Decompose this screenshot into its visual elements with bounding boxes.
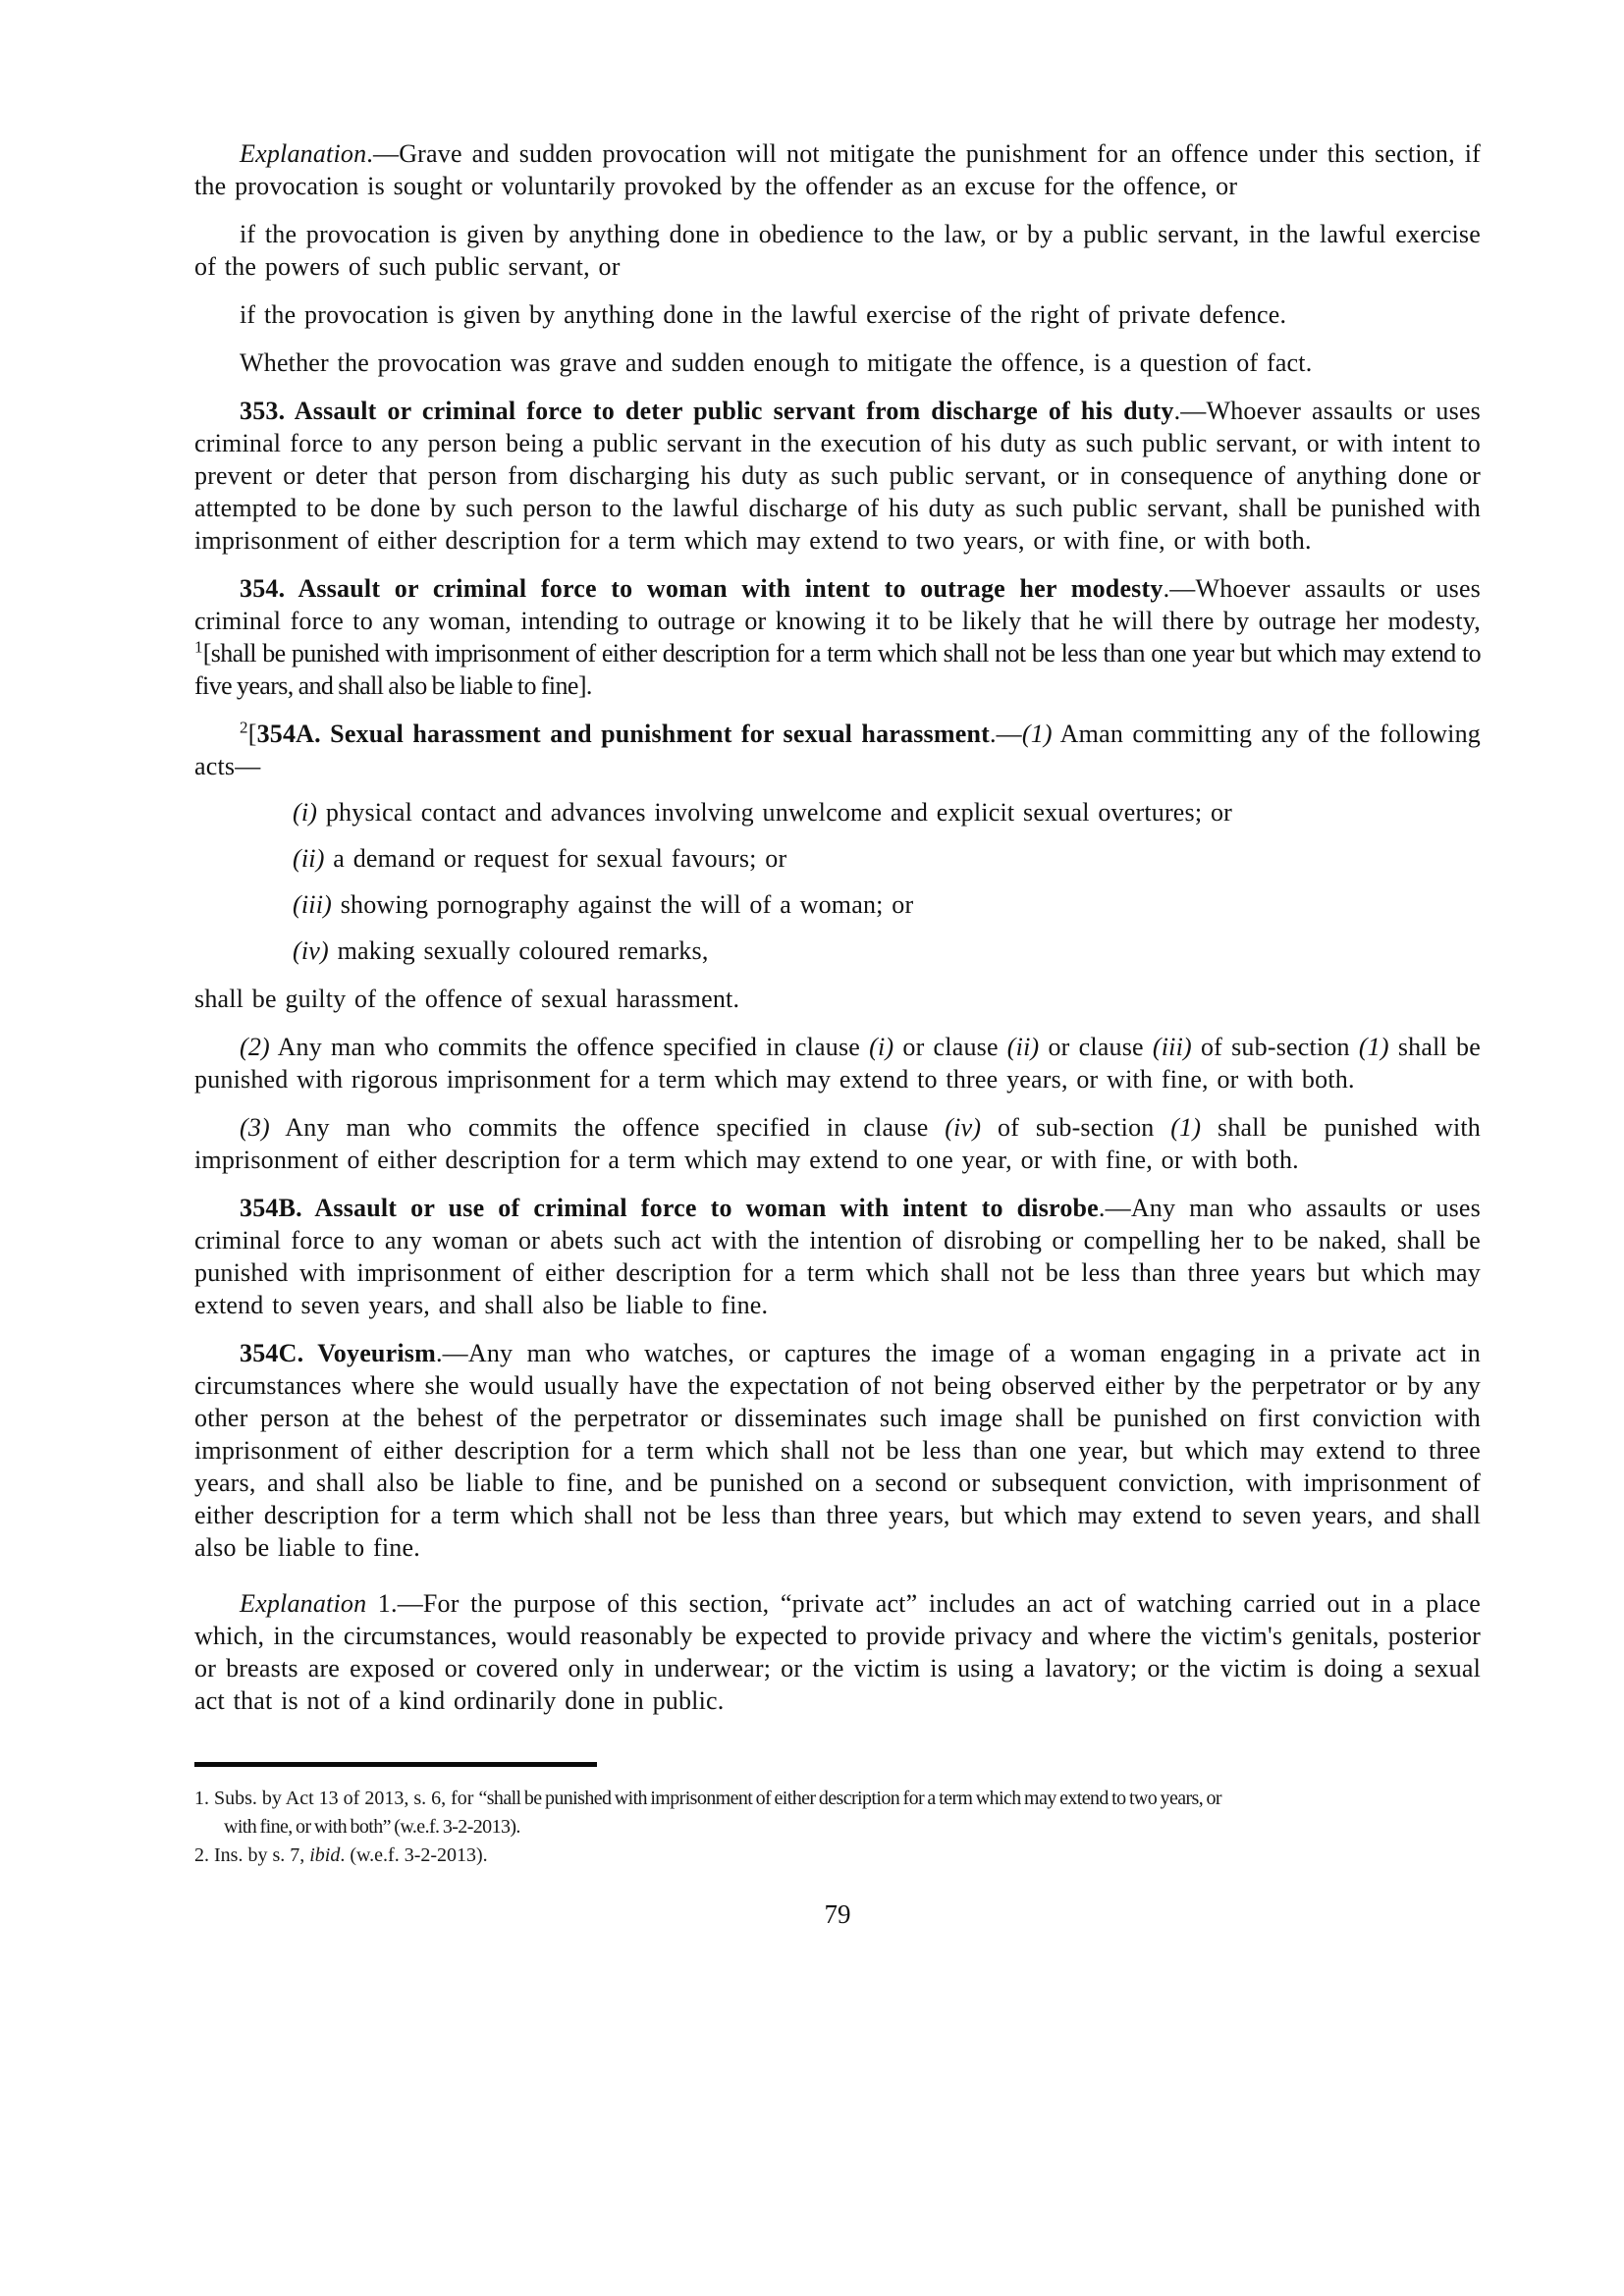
paragraph: 354B. Assault or use of criminal force t… <box>194 1192 1481 1321</box>
clause-item: (iv) making sexually coloured remarks, <box>293 934 1481 967</box>
text-run: if the provocation is given by anything … <box>194 220 1481 281</box>
text-run: 2. Ins. by s. 7, <box>194 1844 309 1866</box>
text-run: with fine, or with both” (w.e.f. 3-2-201… <box>224 1816 520 1838</box>
text-run: 354. Assault or criminal force to woman … <box>240 574 1164 603</box>
text-run: . (w.e.f. 3-2-2013). <box>340 1844 487 1866</box>
text-run: of sub-section <box>981 1113 1170 1142</box>
text-run: (i) <box>869 1033 893 1061</box>
text-run: (iii) <box>293 890 332 919</box>
text-run: physical contact and advances involving … <box>317 798 1232 827</box>
text-run: 1. Subs. by Act 13 of 2013, s. 6, for <box>194 1788 478 1809</box>
paragraph: Explanation.—Grave and sudden provocatio… <box>194 137 1481 202</box>
text-run: 354B. Assault or use of criminal force t… <box>240 1194 1099 1222</box>
footnotes: 1. Subs. by Act 13 of 2013, s. 6, for “s… <box>194 1785 1481 1870</box>
clause-item: (i) physical contact and advances involv… <box>293 796 1481 828</box>
footnote-line: with fine, or with both” (w.e.f. 3-2-201… <box>224 1813 1481 1842</box>
paragraph: Explanation 1.—For the purpose of this s… <box>194 1587 1481 1717</box>
text-run: showing pornography against the will of … <box>332 890 913 919</box>
text-run: Any man who commits the offence specifie… <box>270 1033 869 1061</box>
footnote-reference: 2 <box>240 718 248 736</box>
text-run: or clause <box>893 1033 1007 1061</box>
text-run: (2) <box>240 1033 270 1061</box>
clause-item: (iii) showing pornography against the wi… <box>293 888 1481 921</box>
paragraph: if the provocation is given by anything … <box>194 218 1481 283</box>
text-run: (1) <box>1022 720 1053 748</box>
footnote-reference: 1 <box>194 637 203 656</box>
text-run: or clause <box>1039 1033 1153 1061</box>
paragraph: if the provocation is given by anything … <box>194 298 1481 331</box>
text-run: Explanation <box>240 1589 366 1618</box>
text-run: Explanation <box>240 139 366 168</box>
text-run: Any man who commits the offence specifie… <box>270 1113 945 1142</box>
text-run: (3) <box>240 1113 270 1142</box>
text-run: (iv) <box>945 1113 981 1142</box>
text-run: (iii) <box>1153 1033 1192 1061</box>
text-run: [ <box>248 720 257 748</box>
text-run: making sexually coloured remarks, <box>329 936 709 965</box>
text-run: 354C. Voyeurism <box>240 1339 436 1367</box>
text-run: of sub-section <box>1192 1033 1359 1061</box>
text-run: (1) <box>1359 1033 1389 1061</box>
paragraph: shall be guilty of the offence of sexual… <box>194 983 1481 1015</box>
paragraph: Whether the provocation was grave and su… <box>194 347 1481 379</box>
text-run: a demand or request for sexual favours; … <box>325 844 787 873</box>
paragraph: 2[354A. Sexual harassment and punishment… <box>194 718 1481 782</box>
text-run: 1.—For the purpose of this section, “pri… <box>194 1589 1481 1715</box>
text-run: [shall be punished with imprisonment of … <box>194 639 1481 700</box>
text-run: (ii) <box>293 844 325 873</box>
text-run: (ii) <box>1007 1033 1040 1061</box>
text-run: 353. Assault or criminal force to deter … <box>240 397 1174 425</box>
text-run: .—Any man who watches, or captures the i… <box>194 1339 1481 1562</box>
document-page: Explanation.—Grave and sudden provocatio… <box>0 0 1624 2296</box>
text-run: (1) <box>1170 1113 1201 1142</box>
page-number: 79 <box>194 1899 1481 1930</box>
document-body: Explanation.—Grave and sudden provocatio… <box>194 137 1481 1717</box>
text-run: “shall be punished with imprisonment of … <box>478 1788 1221 1809</box>
footnote-separator-rule <box>194 1762 597 1767</box>
clause-item: (ii) a demand or request for sexual favo… <box>293 842 1481 875</box>
paragraph: (3) Any man who commits the offence spec… <box>194 1111 1481 1176</box>
paragraph: 354C. Voyeurism.—Any man who watches, or… <box>194 1337 1481 1564</box>
footnote-line: 2. Ins. by s. 7, ibid. (w.e.f. 3-2-2013)… <box>194 1842 1481 1870</box>
text-run: (iv) <box>293 936 329 965</box>
text-run: .—Grave and sudden provocation will not … <box>194 139 1481 200</box>
text-run: 354A. Sexual harassment and punishment f… <box>257 720 990 748</box>
text-run: ibid <box>309 1844 340 1866</box>
footnote-line: 1. Subs. by Act 13 of 2013, s. 6, for “s… <box>194 1785 1481 1813</box>
paragraph: (2) Any man who commits the offence spec… <box>194 1031 1481 1095</box>
text-run: if the provocation is given by anything … <box>240 300 1286 329</box>
text-run: Whether the provocation was grave and su… <box>240 348 1312 377</box>
text-run: shall be guilty of the offence of sexual… <box>194 985 739 1013</box>
text-run: .— <box>990 720 1022 748</box>
paragraph: 354. Assault or criminal force to woman … <box>194 572 1481 702</box>
text-run: (i) <box>293 798 317 827</box>
paragraph: 353. Assault or criminal force to deter … <box>194 395 1481 557</box>
